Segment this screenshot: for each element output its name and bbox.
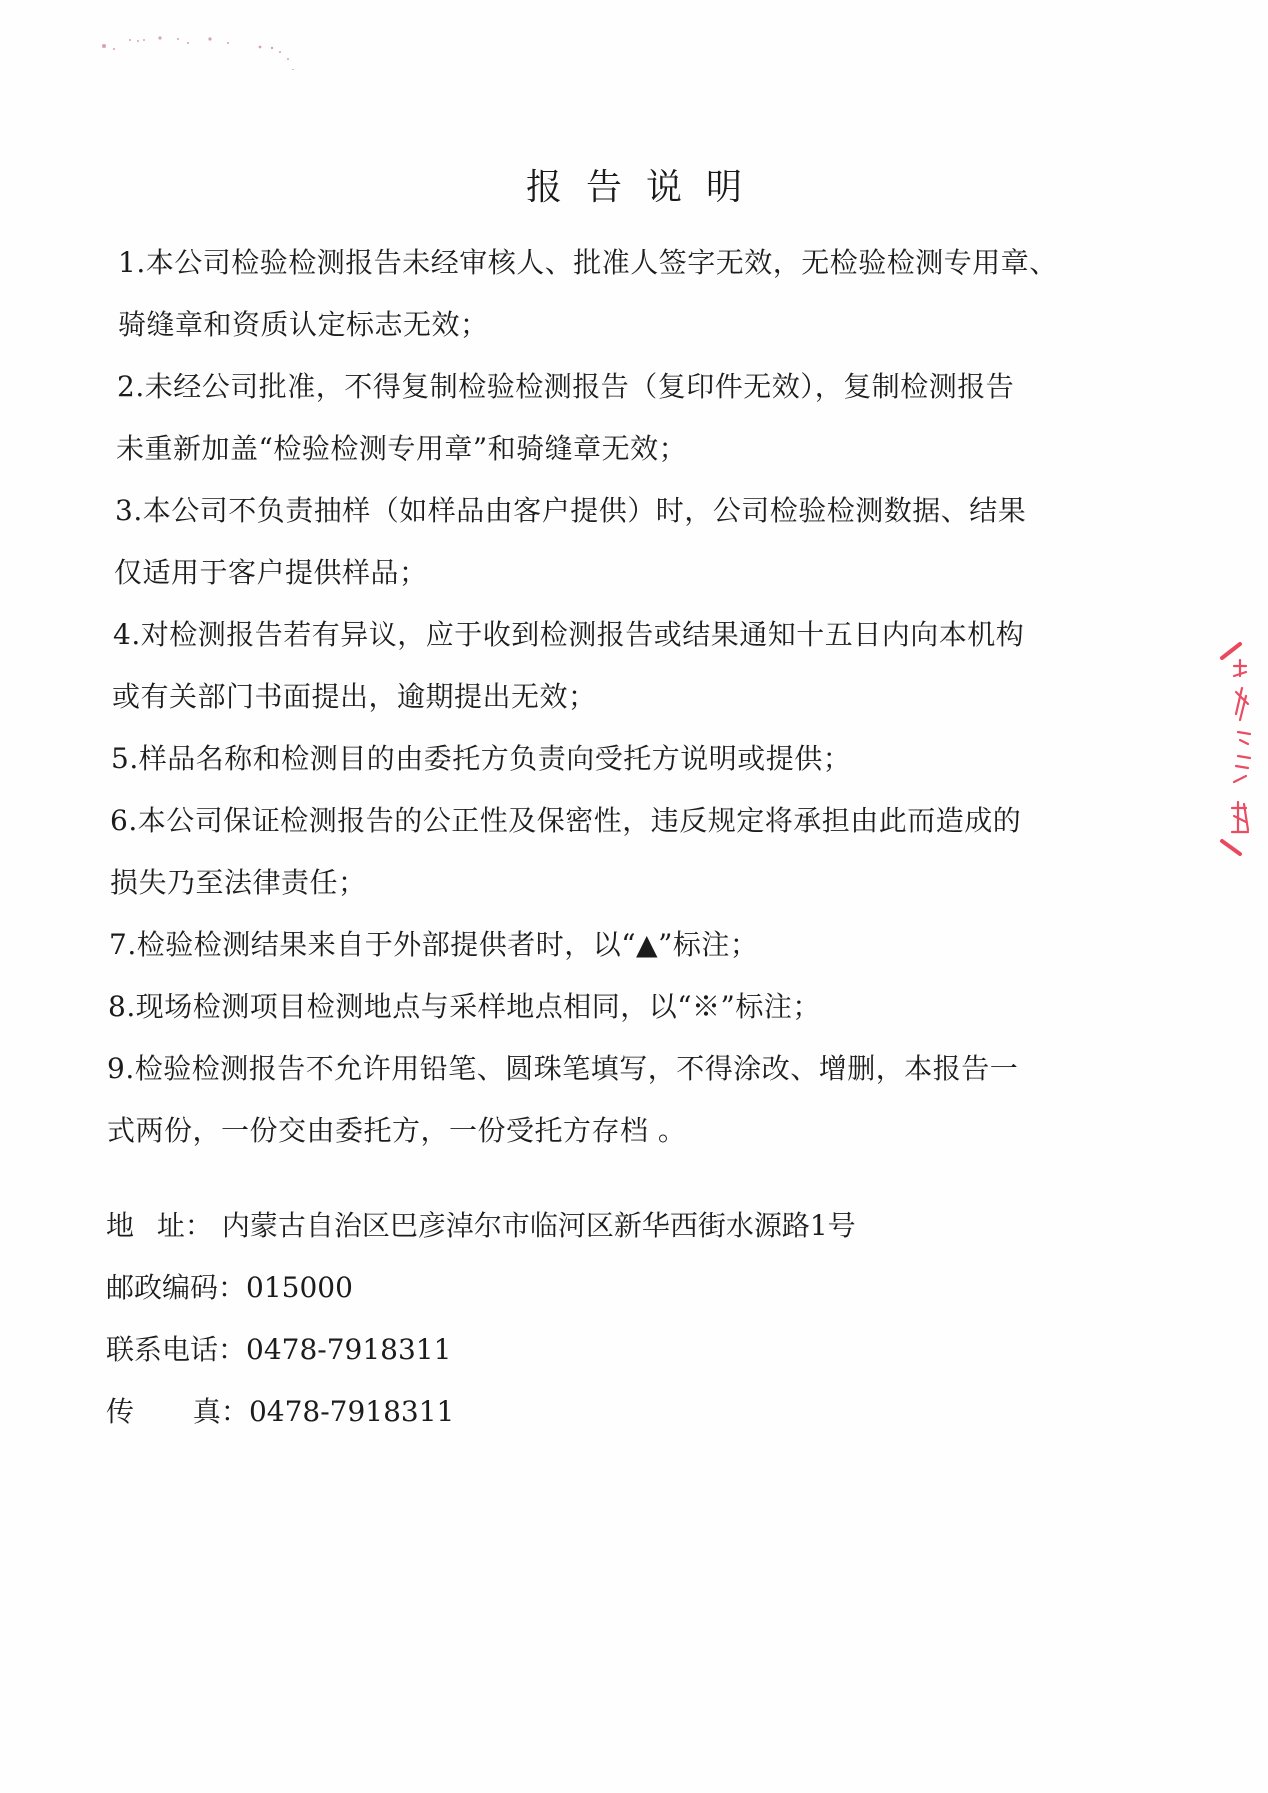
partial-red-seal-stamp [1216,636,1266,856]
clause-1-line-2: 骑缝章和资质认定标志无效； [118,307,489,343]
address-label-1: 地 [106,1208,134,1244]
address-value: 内蒙古自治区巴彦淖尔市临河区新华西街水源路1号 [222,1209,856,1242]
clause-6-line-2: 损失乃至法律责任； [110,865,367,901]
page-title: 报告说明 [0,166,1268,210]
phone-label: 联系电话： [106,1332,246,1368]
clause-7-line-1: 7.检验检测结果来自于外部提供者时，以“▲”标注； [109,927,758,963]
clause-2-line-2: 未重新加盖“检验检测专用章”和骑缝章无效； [116,431,687,467]
address-label-2: 址： [157,1208,213,1244]
clause-8-line-1: 8.现场检测项目检测地点与采样地点相同，以“※”标注； [108,989,821,1025]
clause-4-line-2: 或有关部门书面提出，逾期提出无效； [112,679,597,715]
address-row: 地 址： 内蒙古自治区巴彦淖尔市临河区新华西街水源路1号 [106,1208,856,1244]
clause-5-line-1: 5.样品名称和检测目的由委托方负责向受托方说明或提供； [111,741,851,777]
fax-row: 传 真：0478-7918311 [106,1394,454,1430]
clause-1-line-1: 1.本公司检验检测报告未经审核人、批准人签字无效，无检验检测专用章、 [118,245,1058,281]
clause-3-line-1: 3.本公司不负责抽样（如样品由客户提供）时，公司检验检测数据、结果 [115,493,1026,529]
fax-value: 0478-7918311 [249,1395,454,1428]
report-page: 报告说明 1.本公司检验检测报告未经审核人、批准人签字无效，无检验检测专用章、 … [0,0,1268,1793]
clause-9-line-2: 式两份，一份交由委托方，一份受托方存档 。 [107,1113,686,1149]
phone-value: 0478-7918311 [246,1333,451,1366]
postcode-value: 015000 [246,1271,353,1304]
clause-9-line-1: 9.检验检测报告不允许用铅笔、圆珠笔填写，不得涂改、增删，本报告一 [107,1051,1018,1087]
scan-noise-marks [100,30,310,70]
clause-4-line-1: 4.对检测报告若有异议，应于收到检测报告或结果通知十五日内向本机构 [113,617,1024,653]
clause-3-line-2: 仅适用于客户提供样品； [114,555,428,591]
clause-2-line-1: 2.未经公司批准，不得复制检验检测报告（复印件无效），复制检测报告 [117,369,1014,405]
postcode-row: 邮政编码：015000 [106,1270,353,1306]
fax-label-2: 真： [193,1394,249,1430]
clause-6-line-1: 6.本公司保证检测报告的公正性及保密性，违反规定将承担由此而造成的 [110,803,1021,839]
postcode-label: 邮政编码： [106,1270,246,1306]
fax-label-1: 传 [106,1394,134,1430]
phone-row: 联系电话：0478-7918311 [106,1332,451,1368]
